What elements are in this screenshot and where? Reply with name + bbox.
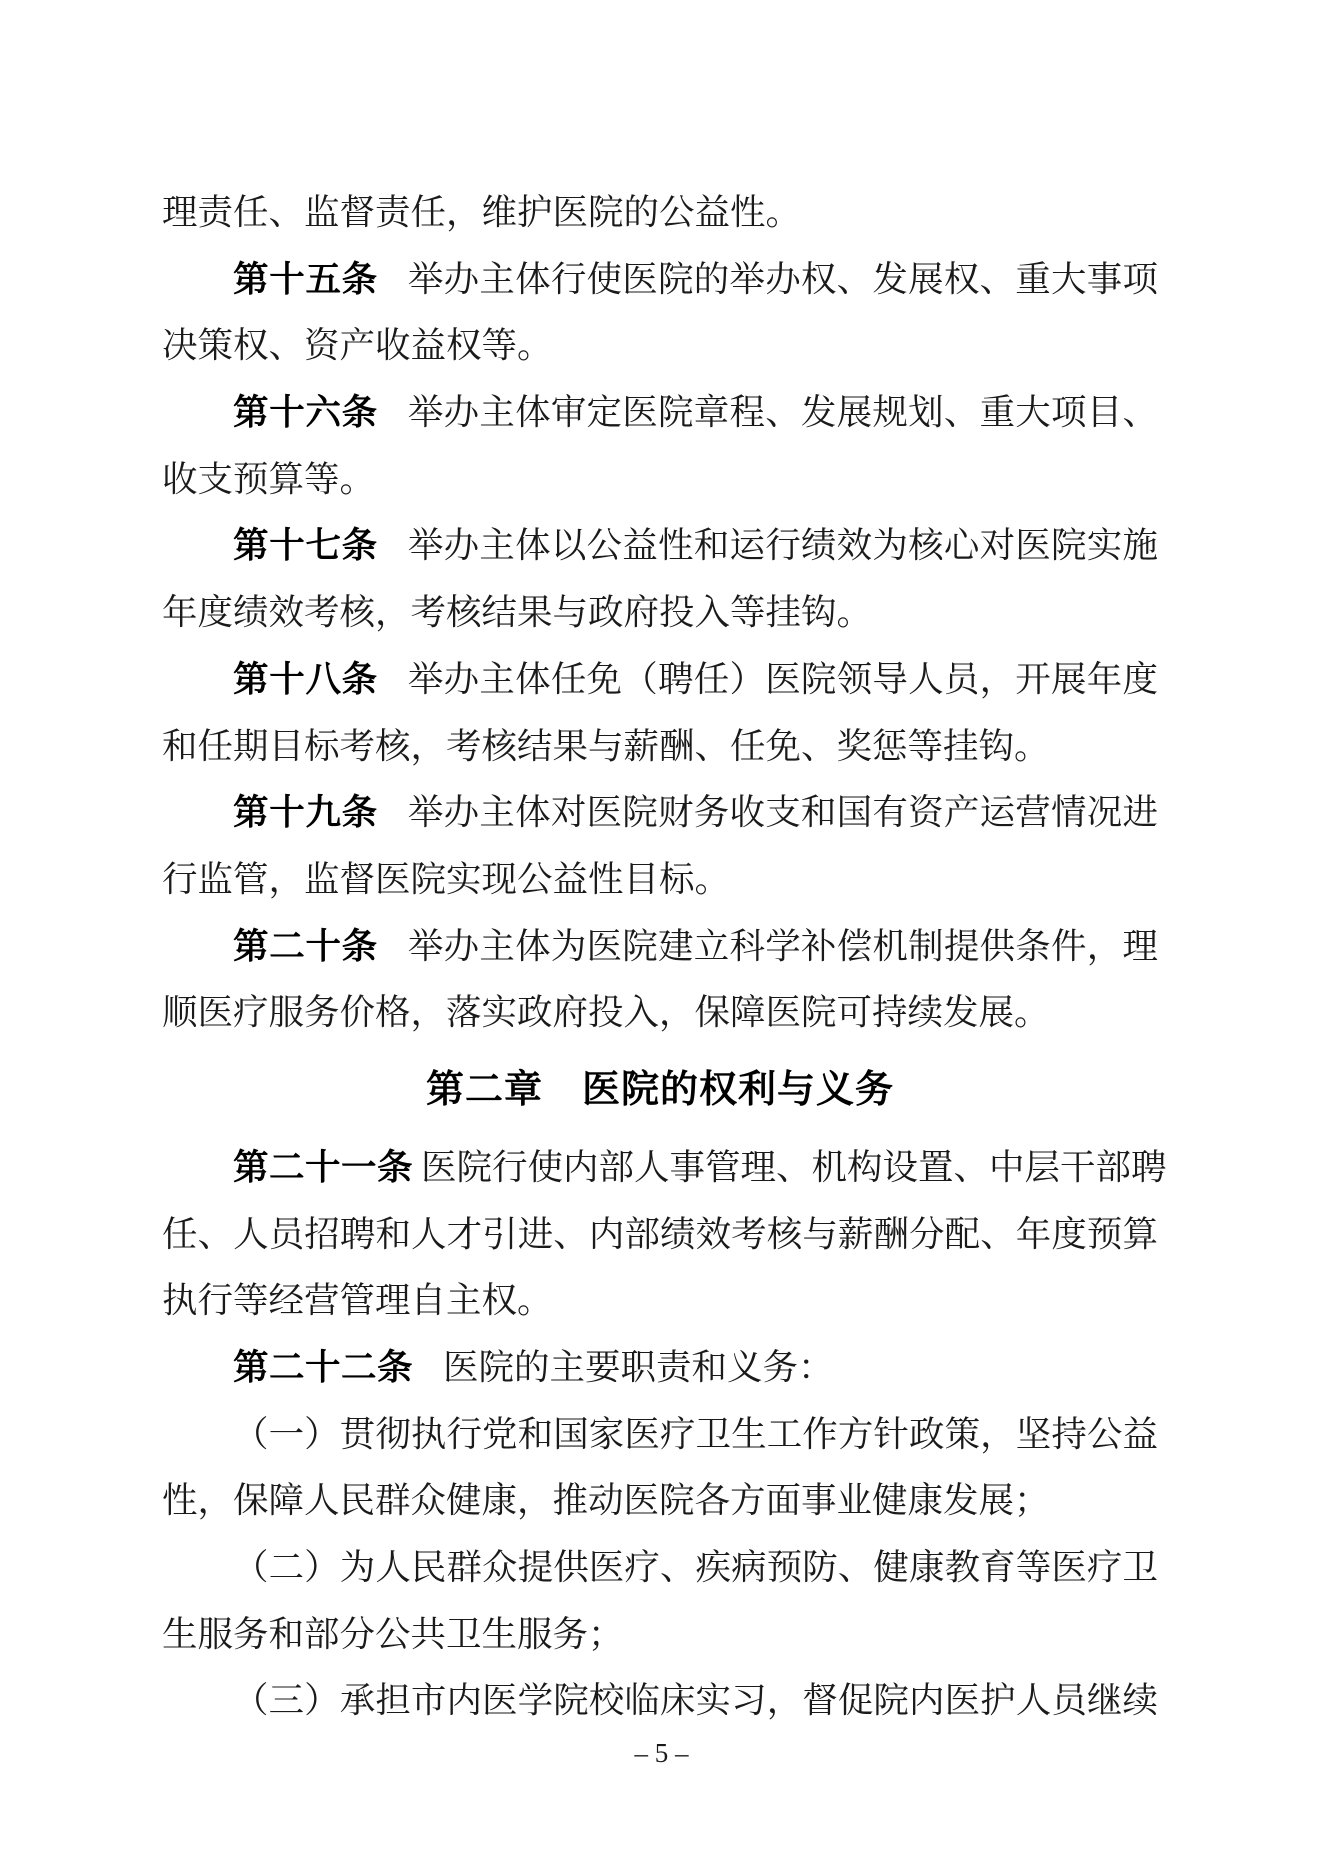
line-text: 举办主体审定医院章程、发展规划、重大项目、 (408, 392, 1158, 432)
article-number: 第十八条 (233, 659, 378, 699)
line-text: 医院的主要职责和义务： (443, 1347, 834, 1387)
article-number: 第十九条 (233, 792, 378, 832)
text-line: 生服务和部分公共卫生服务； (162, 1601, 1158, 1668)
text-line: 第二十条举办主体为医院建立科学补偿机制提供条件，理 (162, 913, 1158, 980)
article-number: 第十五条 (233, 259, 378, 299)
text-line: 第二十一条医院行使内部人事管理、机构设置、中层干部聘 (162, 1134, 1158, 1201)
document-page: 理责任、监督责任，维护医院的公益性。第十五条举办主体行使医院的举办权、发展权、重… (0, 0, 1323, 1871)
text-line: 和任期目标考核，考核结果与薪酬、任免、奖惩等挂钩。 (162, 713, 1158, 780)
line-text: 医院行使内部人事管理、机构设置、中层干部聘 (421, 1147, 1167, 1187)
text-line: 执行等经营管理自主权。 (162, 1267, 1158, 1334)
text-line: 顺医疗服务价格，落实政府投入，保障医院可持续发展。 (162, 979, 1158, 1046)
text-line: 行监管，监督医院实现公益性目标。 (162, 846, 1158, 913)
line-text: 举办主体任免（聘任）医院领导人员，开展年度 (408, 659, 1158, 699)
text-line: 决策权、资产收益权等。 (162, 312, 1158, 379)
text-line: 第十七条举办主体以公益性和运行绩效为核心对医院实施 (162, 512, 1158, 579)
article-number: 第二十二条 (233, 1347, 413, 1387)
text-line: 年度绩效考核，考核结果与政府投入等挂钩。 (162, 579, 1158, 646)
text-line: 第十八条举办主体任免（聘任）医院领导人员，开展年度 (162, 646, 1158, 713)
text-line: 第十九条举办主体对医院财务收支和国有资产运营情况进 (162, 779, 1158, 846)
text-line: 第二十二条医院的主要职责和义务： (162, 1334, 1158, 1401)
article-number: 第十七条 (233, 525, 378, 565)
article-number: 第二十条 (233, 926, 378, 966)
article-number: 第十六条 (233, 392, 378, 432)
line-text: 举办主体行使医院的举办权、发展权、重大事项 (408, 259, 1158, 299)
text-line: 任、人员招聘和人才引进、内部绩效考核与薪酬分配、年度预算 (162, 1201, 1158, 1268)
chapter-heading: 第二章 医院的权利与义务 (162, 1046, 1158, 1134)
text-line: 理责任、监督责任，维护医院的公益性。 (162, 179, 1158, 246)
text-line: （一）贯彻执行党和国家医疗卫生工作方针政策，坚持公益 (162, 1401, 1158, 1468)
text-column: 理责任、监督责任，维护医院的公益性。第十五条举办主体行使医院的举办权、发展权、重… (162, 179, 1158, 1734)
text-line: 性，保障人民群众健康，推动医院各方面事业健康发展； (162, 1467, 1158, 1534)
text-line: 收支预算等。 (162, 446, 1158, 513)
text-line: （三）承担市内医学院校临床实习，督促院内医护人员继续 (162, 1667, 1158, 1734)
text-line: （二）为人民群众提供医疗、疾病预防、健康教育等医疗卫 (162, 1534, 1158, 1601)
page-number: – 5 – (0, 1732, 1323, 1774)
text-line: 第十五条举办主体行使医院的举办权、发展权、重大事项 (162, 246, 1158, 313)
line-text: 举办主体对医院财务收支和国有资产运营情况进 (408, 792, 1158, 832)
line-text: 举办主体为医院建立科学补偿机制提供条件，理 (408, 926, 1158, 966)
article-number: 第二十一条 (233, 1147, 413, 1187)
line-text: 举办主体以公益性和运行绩效为核心对医院实施 (408, 525, 1158, 565)
text-line: 第十六条举办主体审定医院章程、发展规划、重大项目、 (162, 379, 1158, 446)
